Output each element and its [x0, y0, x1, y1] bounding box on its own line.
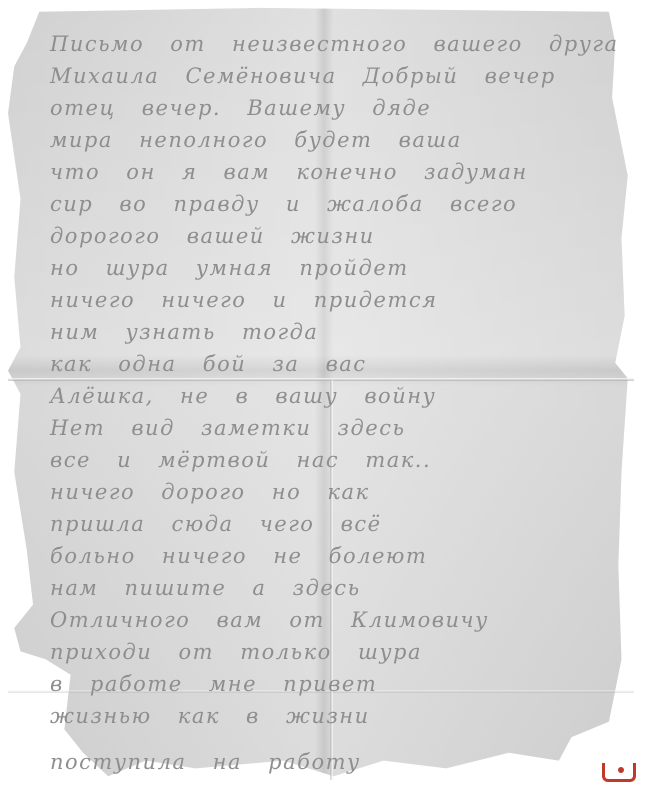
- text-line: Письмо от неизвестного вашего друга: [50, 28, 630, 60]
- text-line: нам пишите а здесь: [50, 572, 630, 604]
- text-line: что он я вам конечно задуман: [50, 156, 630, 188]
- text-line: жизнью как в жизни: [50, 700, 630, 732]
- text-line: больно ничего не болеют: [50, 540, 630, 572]
- red-logo-dot-icon: [618, 767, 624, 773]
- text-line: как одна бой за вас: [50, 348, 630, 380]
- text-line: Алёшка, не в вашу войну: [50, 380, 630, 412]
- text-line: отец вечер. Вашему дяде: [50, 92, 630, 124]
- text-line: в работе мне привет: [50, 668, 630, 700]
- text-line: ничего дорого но как: [50, 476, 630, 508]
- text-line: но шура умная пройдет: [50, 252, 630, 284]
- text-line: ним узнать тогда: [50, 316, 630, 348]
- text-line: мира неполного будет ваша: [50, 124, 630, 156]
- text-line: Нет вид заметки здесь: [50, 412, 630, 444]
- text-line: приходи от только шура: [50, 636, 630, 668]
- text-line: ничего ничего и придется: [50, 284, 630, 316]
- text-line: поступила на работу: [50, 746, 630, 778]
- text-line: все и мёртвой нас так..: [50, 444, 630, 476]
- text-line: сир во правду и жалоба всего: [50, 188, 630, 220]
- text-line: Михаила Семёновича Добрый вечер: [50, 60, 630, 92]
- text-line: пришла сюда чего всё: [50, 508, 630, 540]
- text-line: дорогого вашей жизни: [50, 220, 630, 252]
- handwritten-text: Письмо от неизвестного вашего друга Миха…: [50, 28, 630, 778]
- text-line: Отличного вам от Климовичу: [50, 604, 630, 636]
